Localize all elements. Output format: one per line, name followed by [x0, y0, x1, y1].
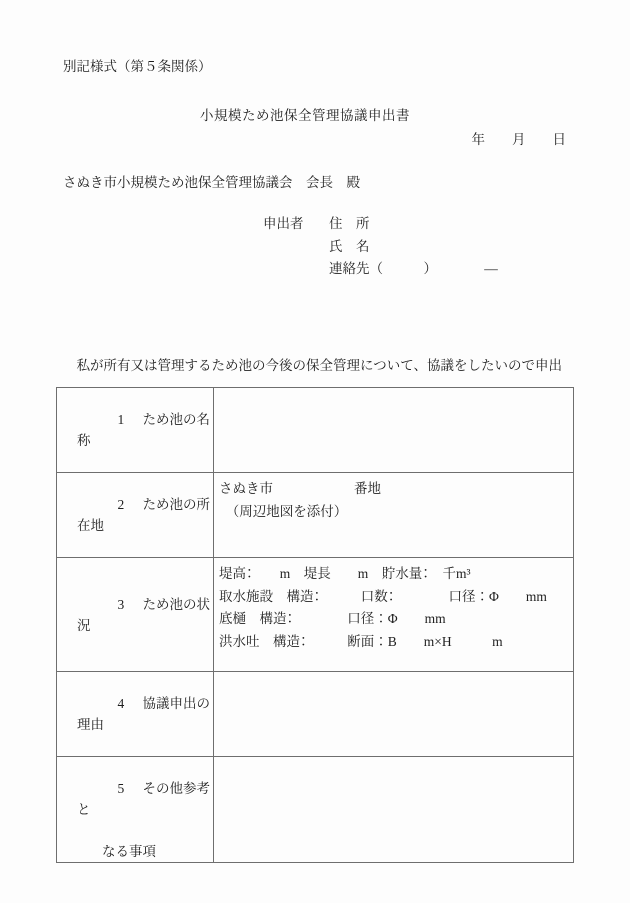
value-line: 堤高： m 堤長 m 貯水量： 千m³	[214, 563, 573, 586]
row-number: 2	[118, 494, 143, 515]
row-label-cell: 1ため池の名称	[57, 388, 214, 473]
value-line: 取水施設 構造： 口数： 口径：Φ mm	[214, 586, 573, 609]
table-row-pond-name: 1ため池の名称	[57, 388, 574, 473]
row-label: ため池の名称	[77, 412, 210, 448]
row-number: 3	[118, 594, 143, 615]
value-line: さぬき市 番地	[214, 478, 573, 501]
application-form-table: 1ため池の名称 2ため池の所在地 さぬき市 番地 （周辺地図を添付）	[56, 387, 574, 863]
applicant-label: 申出者	[263, 213, 329, 236]
row-value-cell-empty	[214, 757, 574, 863]
row-number: 1	[118, 409, 143, 430]
table-row-pond-location: 2ため池の所在地 さぬき市 番地 （周辺地図を添付）	[57, 473, 574, 558]
row-value-cell: さぬき市 番地 （周辺地図を添付）	[214, 473, 574, 558]
row-label-cell: 4協議申出の理由	[57, 672, 214, 757]
value-line: （周辺地図を添付）	[214, 501, 573, 524]
applicant-fields: 住 所 氏 名 連絡先（ ） ―	[329, 213, 498, 281]
applicant-block: 申出者 住 所 氏 名 連絡先（ ） ―	[263, 213, 498, 281]
document-page: 別記様式（第５条関係） 小規模ため池保全管理協議申出書 年 月 日 さぬき市小規…	[0, 0, 630, 903]
row-label-continuation: なる事項	[57, 841, 213, 862]
row-label-cell: 2ため池の所在地	[57, 473, 214, 558]
row-label: ため池の状況	[77, 597, 210, 633]
document-title: 小規模ため池保全管理協議申出書	[0, 104, 610, 124]
row-label-cell: 5その他参考と なる事項	[57, 757, 214, 863]
row-value-cell-empty	[214, 388, 574, 473]
row-value-cell-empty	[214, 672, 574, 757]
table-row-pond-condition: 3ため池の状況 堤高： m 堤長 m 貯水量： 千m³ 取水施設 構造： 口数：…	[57, 558, 574, 672]
table-row-application-reason: 4協議申出の理由	[57, 672, 574, 757]
row-number: 5	[118, 778, 143, 799]
value-line: 底樋 構造： 口径：Φ mm	[214, 608, 573, 631]
form-style-note: 別記様式（第５条関係）	[63, 55, 212, 75]
value-line: 洪水吐 構造： 断面：B m×H m	[214, 631, 573, 654]
row-number: 4	[118, 693, 143, 714]
applicant-contact-field: 連絡先（ ） ―	[329, 258, 498, 281]
body-paragraph-line: 私が所有又は管理するため池の今後の保全管理について、協議をしたいので申出	[63, 354, 575, 377]
row-label: 協議申出の理由	[77, 696, 210, 732]
row-label: その他参考と	[77, 781, 210, 817]
row-label-cell: 3ため池の状況	[57, 558, 214, 672]
row-value-cell: 堤高： m 堤長 m 貯水量： 千m³ 取水施設 構造： 口数： 口径：Φ mm…	[214, 558, 574, 672]
applicant-name-field: 氏 名	[329, 236, 498, 259]
table-row-other-remarks: 5その他参考と なる事項	[57, 757, 574, 863]
row-label: ため池の所在地	[77, 497, 210, 533]
date-line: 年 月 日	[472, 128, 567, 148]
addressee-line: さぬき市小規模ため池保全管理協議会 会長 殿	[63, 171, 360, 191]
applicant-address-field: 住 所	[329, 213, 498, 236]
